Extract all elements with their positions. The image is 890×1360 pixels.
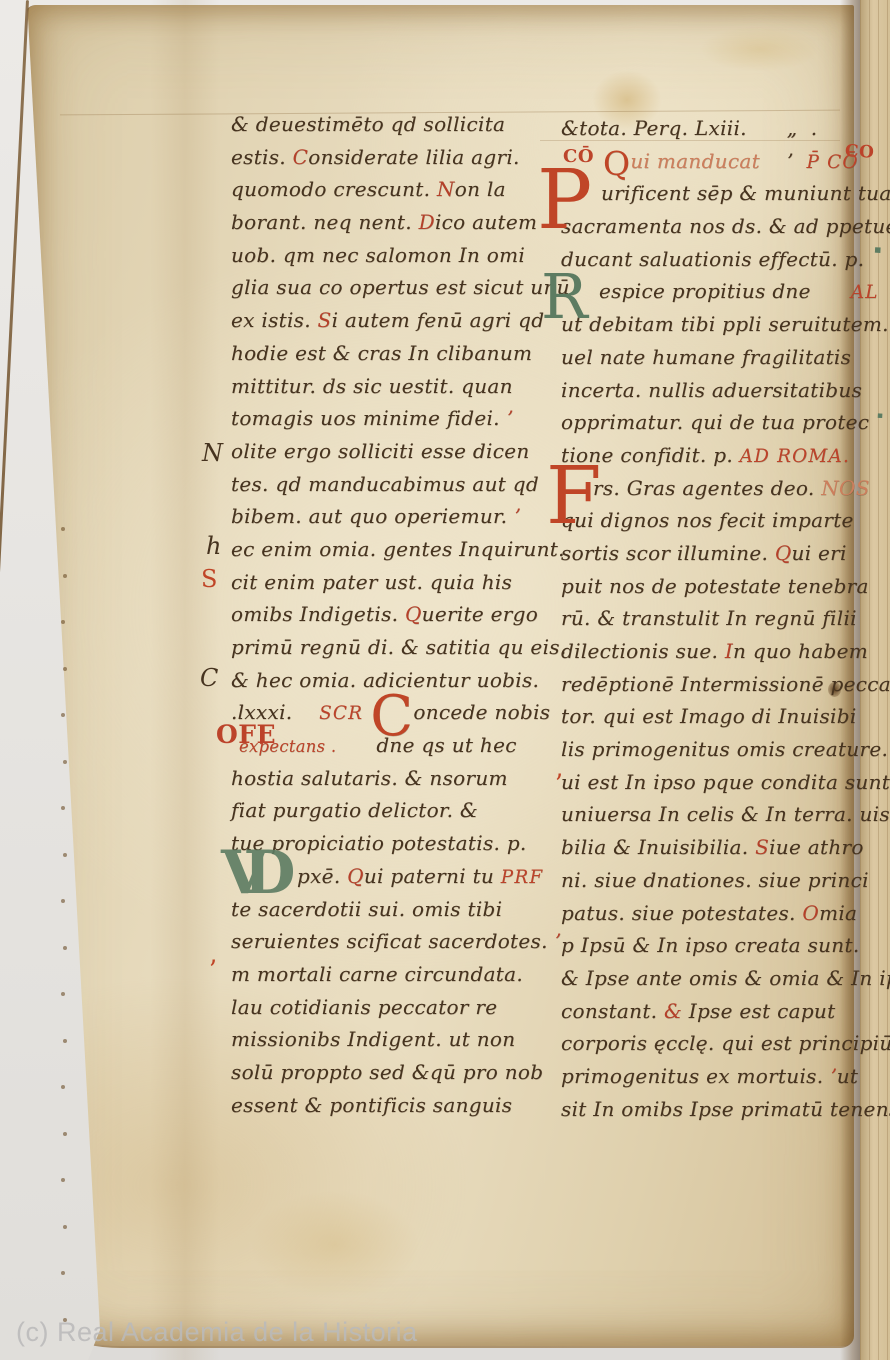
manuscript-line: Qui manducat ʼ P̄ CŌ (561, 149, 853, 182)
text-segment-redlbl: AL (851, 282, 879, 303)
manuscript-line: puit nos de potestate tenebra (561, 574, 853, 607)
text-segment-ink: Ipse est caput (682, 999, 835, 1023)
manuscript-line: hostia salutaris. & nsorum (231, 766, 561, 799)
manuscript-line: rū. & transtulit In regnū filii (561, 606, 853, 639)
text-segment-ink: ducant saluationis effectū. p. (561, 247, 864, 271)
text-segment-red: ʼ (506, 406, 513, 430)
prick-mark (63, 1039, 67, 1043)
text-segment-ink: bilia & Inuisibilia. (561, 835, 755, 859)
text-segment-ink: quomodo crescunt. (231, 177, 437, 201)
text-segment-ink: oncede nobis (413, 700, 550, 724)
text-segment-ink (811, 279, 851, 303)
prick-mark (61, 1271, 65, 1275)
text-segment-ink: opprimatur. qui de tua protec (561, 410, 869, 434)
prick-mark (61, 1178, 65, 1182)
prick-mark (63, 760, 67, 764)
text-segment-red: N (437, 177, 455, 201)
text-segment-ink: essent & pontificis sanguis (231, 1093, 512, 1117)
text-segment-ink: estis. (231, 145, 293, 169)
manuscript-line: p Ipsū & In ipso creata sunt. (561, 933, 853, 966)
manuscript-line: urificent sēp & muniunt tua (561, 181, 853, 214)
text-segment-ink: tor. qui est Imago di Inuisibi (561, 704, 857, 728)
text-segment-ink: ui eri (792, 541, 847, 565)
margin-mark-q2: ʼ (554, 772, 562, 798)
text-segment-red: C (293, 145, 309, 169)
edge-green-mark: ▪ (874, 244, 882, 255)
prick-mark (63, 574, 67, 578)
text-segment-ink: iue athro (769, 835, 864, 859)
manuscript-line: cit enim pater ust. quia his (231, 570, 561, 603)
vere-dignum-monogram: VD (221, 843, 272, 903)
manuscript-line: tione confidit. p. AD ROMA. (561, 443, 853, 476)
text-segment-ink: primogenitus ex mortuis. (561, 1064, 830, 1088)
stain (700, 26, 820, 72)
manuscript-line: bibem. aut quo operiemur. ʼ (231, 504, 561, 537)
manuscript-line: uel nate humane fragilitatis (561, 345, 853, 378)
text-segment-ink: m mortali carne circundata. (231, 962, 523, 986)
manuscript-line: primū regnū di. & satitia qu eis. (231, 635, 561, 668)
text-segment-red: I (725, 639, 733, 663)
text-segment-ink: mittitur. ds sic uestit. quan (231, 374, 513, 398)
text-segment-red: ʼ (830, 1064, 837, 1088)
prick-mark (63, 1132, 67, 1136)
text-segment-ink: seruientes scificat sacerdotes. (231, 929, 554, 953)
manuscript-line: uniuersa In celis & In terra. uisi (561, 802, 853, 835)
edge-green-mark-2: ▪ (877, 412, 884, 421)
text-column-left: & deuestimēto qd sollicitaestis. Conside… (231, 112, 561, 1125)
manuscript-photo: & deuestimēto qd sollicitaestis. Conside… (0, 0, 890, 1360)
manuscript-line: hodie est & cras In clibanum (231, 341, 561, 374)
text-segment-ink: olite ergo solliciti esse dicen (231, 439, 530, 463)
text-segment-red: & (664, 999, 682, 1023)
prick-mark (61, 527, 65, 531)
manuscript-line: tor. qui est Imago di Inuisibi (561, 704, 853, 737)
text-segment-ink: ui est In ipso pque condita sunt (561, 770, 890, 794)
text-segment-ink: n quo habem (733, 639, 868, 663)
manuscript-line: lis primogenitus omis creature. (561, 737, 853, 770)
text-segment-ink: lis primogenitus omis creature. (561, 737, 888, 761)
manuscript-line: primogenitus ex mortuis. ʼut (561, 1064, 853, 1097)
text-segment-ink: primū regnū di. & satitia qu eis. (231, 635, 567, 659)
manuscript-line: expectans . dne qs ut hec (231, 733, 561, 766)
initial-f-fratres: F (546, 456, 602, 536)
text-segment-redf: ui manducat (630, 149, 760, 173)
text-segment-bigredsm: Q (603, 144, 630, 183)
prick-mark (61, 992, 65, 996)
manuscript-line: quomodo crescunt. Non la (231, 177, 561, 210)
manuscript-line: essent & pontificis sanguis (231, 1093, 561, 1126)
manuscript-line: ui est In ipso pque condita sunt (561, 770, 853, 803)
text-segment-ink: qui dignos nos fecit imparte (561, 508, 854, 532)
text-segment-ink: omibs Indigetis. (231, 602, 405, 626)
text-segment-ink: ico autem (435, 210, 537, 234)
manuscript-line: incerta. nullis aduersitatibus (561, 378, 853, 411)
text-segment-ink: glia sua co opertus est sicut unū (231, 275, 570, 299)
text-segment-ink: redēptionē Intermissionē pecca (561, 672, 890, 696)
prick-mark (63, 1225, 67, 1229)
manuscript-line: .lxxxi. SCR Concede nobis (231, 700, 561, 733)
manuscript-line: patus. siue potestates. Omia (561, 901, 853, 934)
text-segment-ink (336, 733, 376, 757)
text-segment-ink: &tota. Perq. Lxiii. „ . (561, 116, 817, 140)
manuscript-line: rs. Gras agentes deo. NOS (561, 476, 853, 509)
edge-rubric-next-page: CO (845, 143, 875, 162)
manuscript-line: glia sua co opertus est sicut unū (231, 275, 561, 308)
text-segment-ink: constant. (561, 999, 664, 1023)
text-segment-ink: corporis ęcclę. qui est principiū (561, 1031, 890, 1055)
text-segment-ink: sacramenta nos ds. & ad ppetue (561, 214, 890, 238)
margin-rubric-offertorium: OFE (216, 722, 276, 747)
text-segment-ink: p Ipsū & In ipso creata sunt. (561, 933, 860, 957)
text-segment-ink: hostia salutaris. & nsorum (231, 766, 508, 790)
prick-mark (61, 1085, 65, 1089)
manuscript-line: constant. & Ipse est caput (561, 999, 853, 1032)
text-segment-ink: rs. Gras agentes deo. (593, 476, 821, 500)
text-segment-red: Q (347, 864, 364, 888)
manuscript-line: missionibs Indigent. ut non (231, 1027, 561, 1060)
manuscript-line: ut debitam tibi ppli seruitutem. (561, 312, 853, 345)
margin-mark-q: ʼ (208, 958, 216, 984)
manuscript-line: ni. siue dnationes. siue princi (561, 868, 853, 901)
manuscript-line: ducant saluationis effectū. p. (561, 247, 853, 280)
text-segment-redf: NOS (821, 476, 870, 500)
margin-initial-h: h (206, 534, 221, 558)
text-segment-ink: dilectionis sue. (561, 639, 725, 663)
stain (250, 1190, 420, 1300)
text-segment-ink: i autem fenū agri qd (332, 308, 545, 332)
text-segment-ink: uniuersa In celis & In terra. uisi (561, 802, 890, 826)
text-segment-red: S (318, 308, 332, 332)
prick-mark (63, 946, 67, 950)
manuscript-line: borant. neq nent. Dico autem (231, 210, 561, 243)
text-segment-ink: uerite ergo (422, 602, 538, 626)
text-segment-red: O (802, 901, 819, 925)
text-segment-ink: on la (455, 177, 506, 201)
manuscript-line: ex istis. Si autem fenū agri qd (231, 308, 561, 341)
margin-initial-n: N (202, 441, 223, 465)
text-segment-ink: uob. qm nec salomon In omi (231, 243, 525, 267)
text-segment-ink: onsiderate lilia agri. (308, 145, 519, 169)
text-segment-ink: ni. siue dnationes. siue princi (561, 868, 869, 892)
text-segment-ink: urificent sēp & muniunt tua (601, 181, 890, 205)
manuscript-line: estis. Considerate lilia agri. (231, 145, 561, 178)
text-segment-ink: tomagis uos minime fidei. (231, 406, 506, 430)
text-segment-ink: hodie est & cras In clibanum (231, 341, 532, 365)
manuscript-line: tes. qd manducabimus aut qd (231, 472, 561, 505)
text-segment-ink: rū. & transtulit In regnū filii (561, 606, 857, 630)
prick-mark (61, 899, 65, 903)
initial-p-purificent: P (537, 160, 592, 242)
manuscript-line: espice propitius dne AL (561, 279, 853, 312)
manuscript-line: bilia & Inuisibilia. Siue athro (561, 835, 853, 868)
margin-initial-c: C (200, 666, 218, 690)
text-segment-ink: pxē. (297, 864, 347, 888)
text-segment-ink: ʼ (760, 149, 807, 173)
text-segment-red: D (419, 210, 435, 234)
manuscript-line: opprimatur. qui de tua protec (561, 410, 853, 443)
manuscript-line: te sacerdotii sui. omis tibi (231, 897, 561, 930)
text-segment-ink: uel nate humane fragilitatis (561, 345, 851, 369)
text-segment-red: ʼ (514, 504, 521, 528)
text-segment-ink: borant. neq nent. (231, 210, 419, 234)
text-segment-ink: espice propitius dne (599, 279, 811, 303)
text-segment-red: Q (405, 602, 422, 626)
manuscript-line: m mortali carne circundata. (231, 962, 561, 995)
margin-initial-s: S (201, 567, 217, 591)
prick-mark (61, 806, 65, 810)
manuscript-line: lau cotidianis peccator re (231, 995, 561, 1028)
manuscript-line: solū proppto sed &qū pro nob (231, 1060, 561, 1093)
text-segment-ink: tes. qd manducabimus aut qd (231, 472, 539, 496)
manuscript-line: & deuestimēto qd sollicita (231, 112, 561, 145)
text-segment-redlbl: AD ROMA. (740, 446, 850, 467)
text-segment-ink: fiat purgatio delictor. & (231, 798, 478, 822)
manuscript-line: fiat purgatio delictor. & (231, 798, 561, 831)
text-segment-ink: mia (819, 901, 857, 925)
manuscript-line: dilectionis sue. In quo habem (561, 639, 853, 672)
text-segment-ink: & Ipse ante omis & omia & In ipso (561, 966, 890, 990)
text-segment-ink: ut (837, 1064, 859, 1088)
manuscript-line: sacramenta nos ds. & ad ppetue (561, 214, 853, 247)
manuscript-line: mittitur. ds sic uestit. quan (231, 374, 561, 407)
text-segment-ink: missionibs Indigent. ut non (231, 1027, 515, 1051)
text-segment-ink: lau cotidianis peccator re (231, 995, 497, 1019)
manuscript-line: uob. qm nec salomon In omi (231, 243, 561, 276)
text-segment-redlbl: SCR (319, 703, 370, 724)
manuscript-line: sortis scor illumine. Qui eri (561, 541, 853, 574)
manuscript-line: tue propiciatio potestatis. p. (231, 831, 561, 864)
initial-r-respice: R (541, 266, 588, 328)
text-segment-redlbl: PRF (501, 867, 544, 888)
text-segment-ink: ec enim omia. gentes Inquirunt. (231, 537, 565, 561)
text-segment-ink: patus. siue potestates. (561, 901, 802, 925)
text-segment-ink: sortis scor illumine. (561, 541, 775, 565)
text-segment-ink: cit enim pater ust. quia his (231, 570, 512, 594)
text-segment-ink: puit nos de potestate tenebra (561, 574, 869, 598)
text-segment-red: S (755, 835, 769, 859)
manuscript-line: qui dignos nos fecit imparte (561, 508, 853, 541)
manuscript-line: pxē. Qui paterni tu PRF (231, 864, 561, 897)
text-segment-ink: dne qs ut hec (376, 733, 516, 757)
text-segment-ink: bibem. aut quo operiemur. (231, 504, 514, 528)
manuscript-line: corporis ęcclę. qui est principiū (561, 1031, 853, 1064)
prick-mark (61, 713, 65, 717)
manuscript-line: redēptionē Intermissionē pecca (561, 672, 853, 705)
text-segment-red: Q (775, 541, 792, 565)
text-segment-ink: tue propiciatio potestatis. p. (231, 831, 527, 855)
manuscript-line: omibs Indigetis. Querite ergo (231, 602, 561, 635)
prick-mark (63, 667, 67, 671)
manuscript-line: seruientes scificat sacerdotes. ʼ (231, 929, 561, 962)
text-segment-ink: incerta. nullis aduersitatibus (561, 378, 862, 402)
prick-mark (63, 853, 67, 857)
manuscript-line: tomagis uos minime fidei. ʼ (231, 406, 561, 439)
text-segment-ink: sit In omibs Ipse primatū tenens. (561, 1097, 890, 1121)
manuscript-line: olite ergo solliciti esse dicen (231, 439, 561, 472)
copyright-watermark: (c) Real Academia de la Historia (16, 1317, 418, 1348)
text-segment-ink: ex istis. (231, 308, 318, 332)
manuscript-line: & Ipse ante omis & omia & In ipso (561, 966, 853, 999)
manuscript-line: ec enim omia. gentes Inquirunt. (231, 537, 561, 570)
prick-mark (61, 620, 65, 624)
text-segment-ink: & deuestimēto qd sollicita (231, 112, 505, 136)
text-segment-ink: solū proppto sed &qū pro nob (231, 1060, 543, 1084)
manuscript-line: sit In omibs Ipse primatū tenens. (561, 1097, 853, 1130)
text-column-right: &tota. Perq. Lxiii. „ .Qui manducat ʼ P̄… (561, 116, 853, 1129)
text-segment-ink: ui paterni tu (364, 864, 501, 888)
text-segment-ink: ut debitam tibi ppli seruitutem. (561, 312, 889, 336)
page-edge-line (0, 0, 29, 1360)
